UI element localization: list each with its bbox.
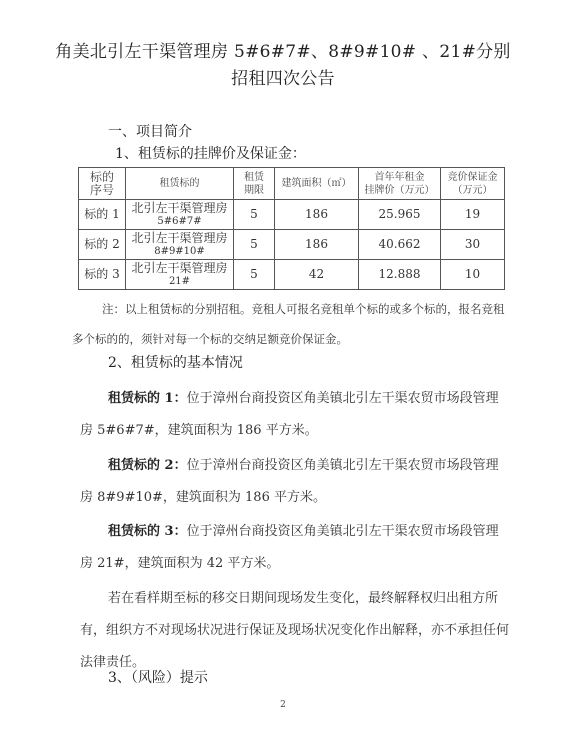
cell-seq: 标的 2 [79, 230, 126, 260]
cell-area: 186 [275, 200, 359, 230]
disclaimer-paragraph: 若在看样期至标的移交日期间现场发生变化，最终解释权归出租方所有，组织方不对现场状… [80, 583, 510, 679]
cell-name-main: 北引左干渠管理房 [126, 262, 233, 275]
header-seq-line2: 序号 [90, 183, 114, 197]
lease-item-2: 租赁标的 2：位于漳州台商投资区角美镇北引左干渠农贸市场段管理房 8#9#10#… [80, 450, 510, 514]
header-price: 首年年租金 挂牌价（万元） [359, 168, 441, 200]
section-heading-project-intro: 一、项目简介 [108, 121, 192, 141]
header-term-line1: 租赁 [244, 172, 264, 183]
cell-deposit: 10 [441, 260, 505, 290]
document-title-line1: 角美北引左干渠管理房 5#6#7#、8#9#10# 、21#分别 [40, 37, 526, 62]
cell-seq: 标的 3 [79, 260, 126, 290]
header-price-line2: 挂牌价（万元） [365, 185, 435, 196]
cell-seq: 标的 1 [79, 200, 126, 230]
cell-term: 5 [234, 260, 275, 290]
cell-name-main: 北引左干渠管理房 [126, 202, 233, 215]
cell-term: 5 [234, 200, 275, 230]
cell-name-sub: 21# [126, 275, 233, 288]
header-seq-line1: 标的 [90, 170, 114, 184]
cell-price: 12.888 [359, 260, 441, 290]
lease-price-table: 标的 序号 租赁标的 租赁 期限 建筑面积（㎡） 首年年租金 挂牌价（万元） 竞… [78, 167, 505, 290]
subsection-heading-risk: 3、（风险）提示 [108, 667, 208, 687]
cell-area: 42 [275, 260, 359, 290]
cell-name-sub: 5#6#7# [126, 215, 233, 228]
lease-item-3-label: 租赁标的 3： [108, 524, 187, 539]
table-row: 标的 3 北引左干渠管理房 21# 5 42 12.888 10 [79, 260, 505, 290]
header-deposit-line2: （万元） [453, 185, 493, 196]
cell-name-sub: 8#9#10# [126, 245, 233, 258]
header-deposit-line1: 竞价保证金 [448, 172, 498, 183]
header-term-line2: 期限 [244, 185, 264, 196]
header-seq: 标的 序号 [79, 168, 126, 200]
table-note: 注：以上租赁标的分别招租。竞租人可报名竞租单个标的或多个标的，报名竞租多个标的的… [72, 294, 512, 354]
header-price-line1: 首年年租金 [375, 172, 425, 183]
header-area: 建筑面积（㎡） [275, 168, 359, 200]
lease-item-3: 租赁标的 3：位于漳州台商投资区角美镇北引左干渠农贸市场段管理房 21#，建筑面… [80, 516, 510, 580]
cell-name: 北引左干渠管理房 21# [126, 260, 234, 290]
subsection-heading-price-deposit: 1、租赁标的挂牌价及保证金： [115, 143, 306, 163]
cell-name: 北引左干渠管理房 8#9#10# [126, 230, 234, 260]
lease-item-2-label: 租赁标的 2： [108, 458, 187, 473]
cell-area: 186 [275, 230, 359, 260]
table-row: 标的 1 北引左干渠管理房 5#6#7# 5 186 25.965 19 [79, 200, 505, 230]
cell-price: 40.662 [359, 230, 441, 260]
document-title-line2: 招租四次公告 [40, 64, 526, 89]
header-name: 租赁标的 [126, 168, 234, 200]
table-row: 标的 2 北引左干渠管理房 8#9#10# 5 186 40.662 30 [79, 230, 505, 260]
cell-deposit: 19 [441, 200, 505, 230]
cell-name-main: 北引左干渠管理房 [126, 232, 233, 245]
subsection-heading-basic-info: 2、租赁标的基本情况 [108, 352, 243, 372]
header-deposit: 竞价保证金 （万元） [441, 168, 505, 200]
page-number: 2 [0, 700, 566, 710]
cell-name: 北引左干渠管理房 5#6#7# [126, 200, 234, 230]
lease-item-1: 租赁标的 1：位于漳州台商投资区角美镇北引左干渠农贸市场段管理房 5#6#7#，… [80, 383, 510, 447]
table-header-row: 标的 序号 租赁标的 租赁 期限 建筑面积（㎡） 首年年租金 挂牌价（万元） 竞… [79, 168, 505, 200]
header-term: 租赁 期限 [234, 168, 275, 200]
cell-price: 25.965 [359, 200, 441, 230]
lease-item-1-label: 租赁标的 1： [108, 391, 187, 406]
cell-deposit: 30 [441, 230, 505, 260]
cell-term: 5 [234, 230, 275, 260]
